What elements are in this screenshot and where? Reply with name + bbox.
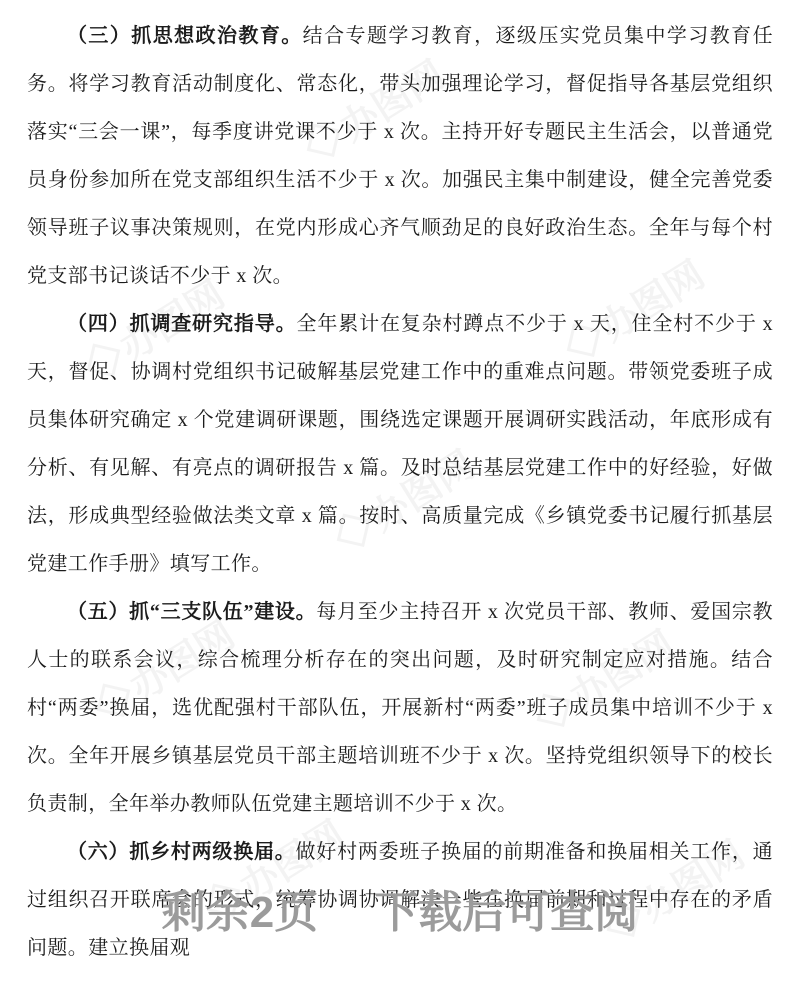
paragraph-heading: （四）抓调查研究指导。 xyxy=(67,313,297,335)
paragraph-research-guidance: （四）抓调查研究指导。全年累计在复杂村蹲点不少于 x 天，住全村不少于 x 天，… xyxy=(27,300,773,588)
download-hint-label: 下载后可查阅 xyxy=(374,888,638,937)
document-content: （三）抓思想政治教育。结合专题学习教育，逐级压实党员集中学习教育任务。将学习教育… xyxy=(27,12,773,972)
paragraph-body: 结合专题学习教育，逐级压实党员集中学习教育任务。将学习教育活动制度化、常态化，带… xyxy=(27,25,773,287)
document-page: 办图网 办图网 办图网 办图网 办图网 办图网 办图网 办图网 （三）抓思想政治… xyxy=(0,0,800,1004)
paragraph-body: 每月至少主持召开 x 次党员干部、教师、爱国宗教人士的联系会议，综合梳理分析存在… xyxy=(27,601,773,815)
paragraph-heading: （六）抓乡村两级换届。 xyxy=(67,841,296,863)
paragraph-body: 全年累计在复杂村蹲点不少于 x 天，住全村不少于 x 天，督促、协调村党组织书记… xyxy=(27,313,773,575)
pages-left-label: 剩余2页 xyxy=(162,888,318,937)
preview-notice: 剩余2页下载后可查阅 xyxy=(0,884,800,941)
paragraph-political-education: （三）抓思想政治教育。结合专题学习教育，逐级压实党员集中学习教育任务。将学习教育… xyxy=(27,12,773,300)
paragraph-heading: （三）抓思想政治教育。 xyxy=(67,25,303,47)
paragraph-three-teams: （五）抓“三支队伍”建设。每月至少主持召开 x 次党员干部、教师、爱国宗教人士的… xyxy=(27,588,773,828)
paragraph-heading: （五）抓“三支队伍”建设。 xyxy=(67,601,316,623)
